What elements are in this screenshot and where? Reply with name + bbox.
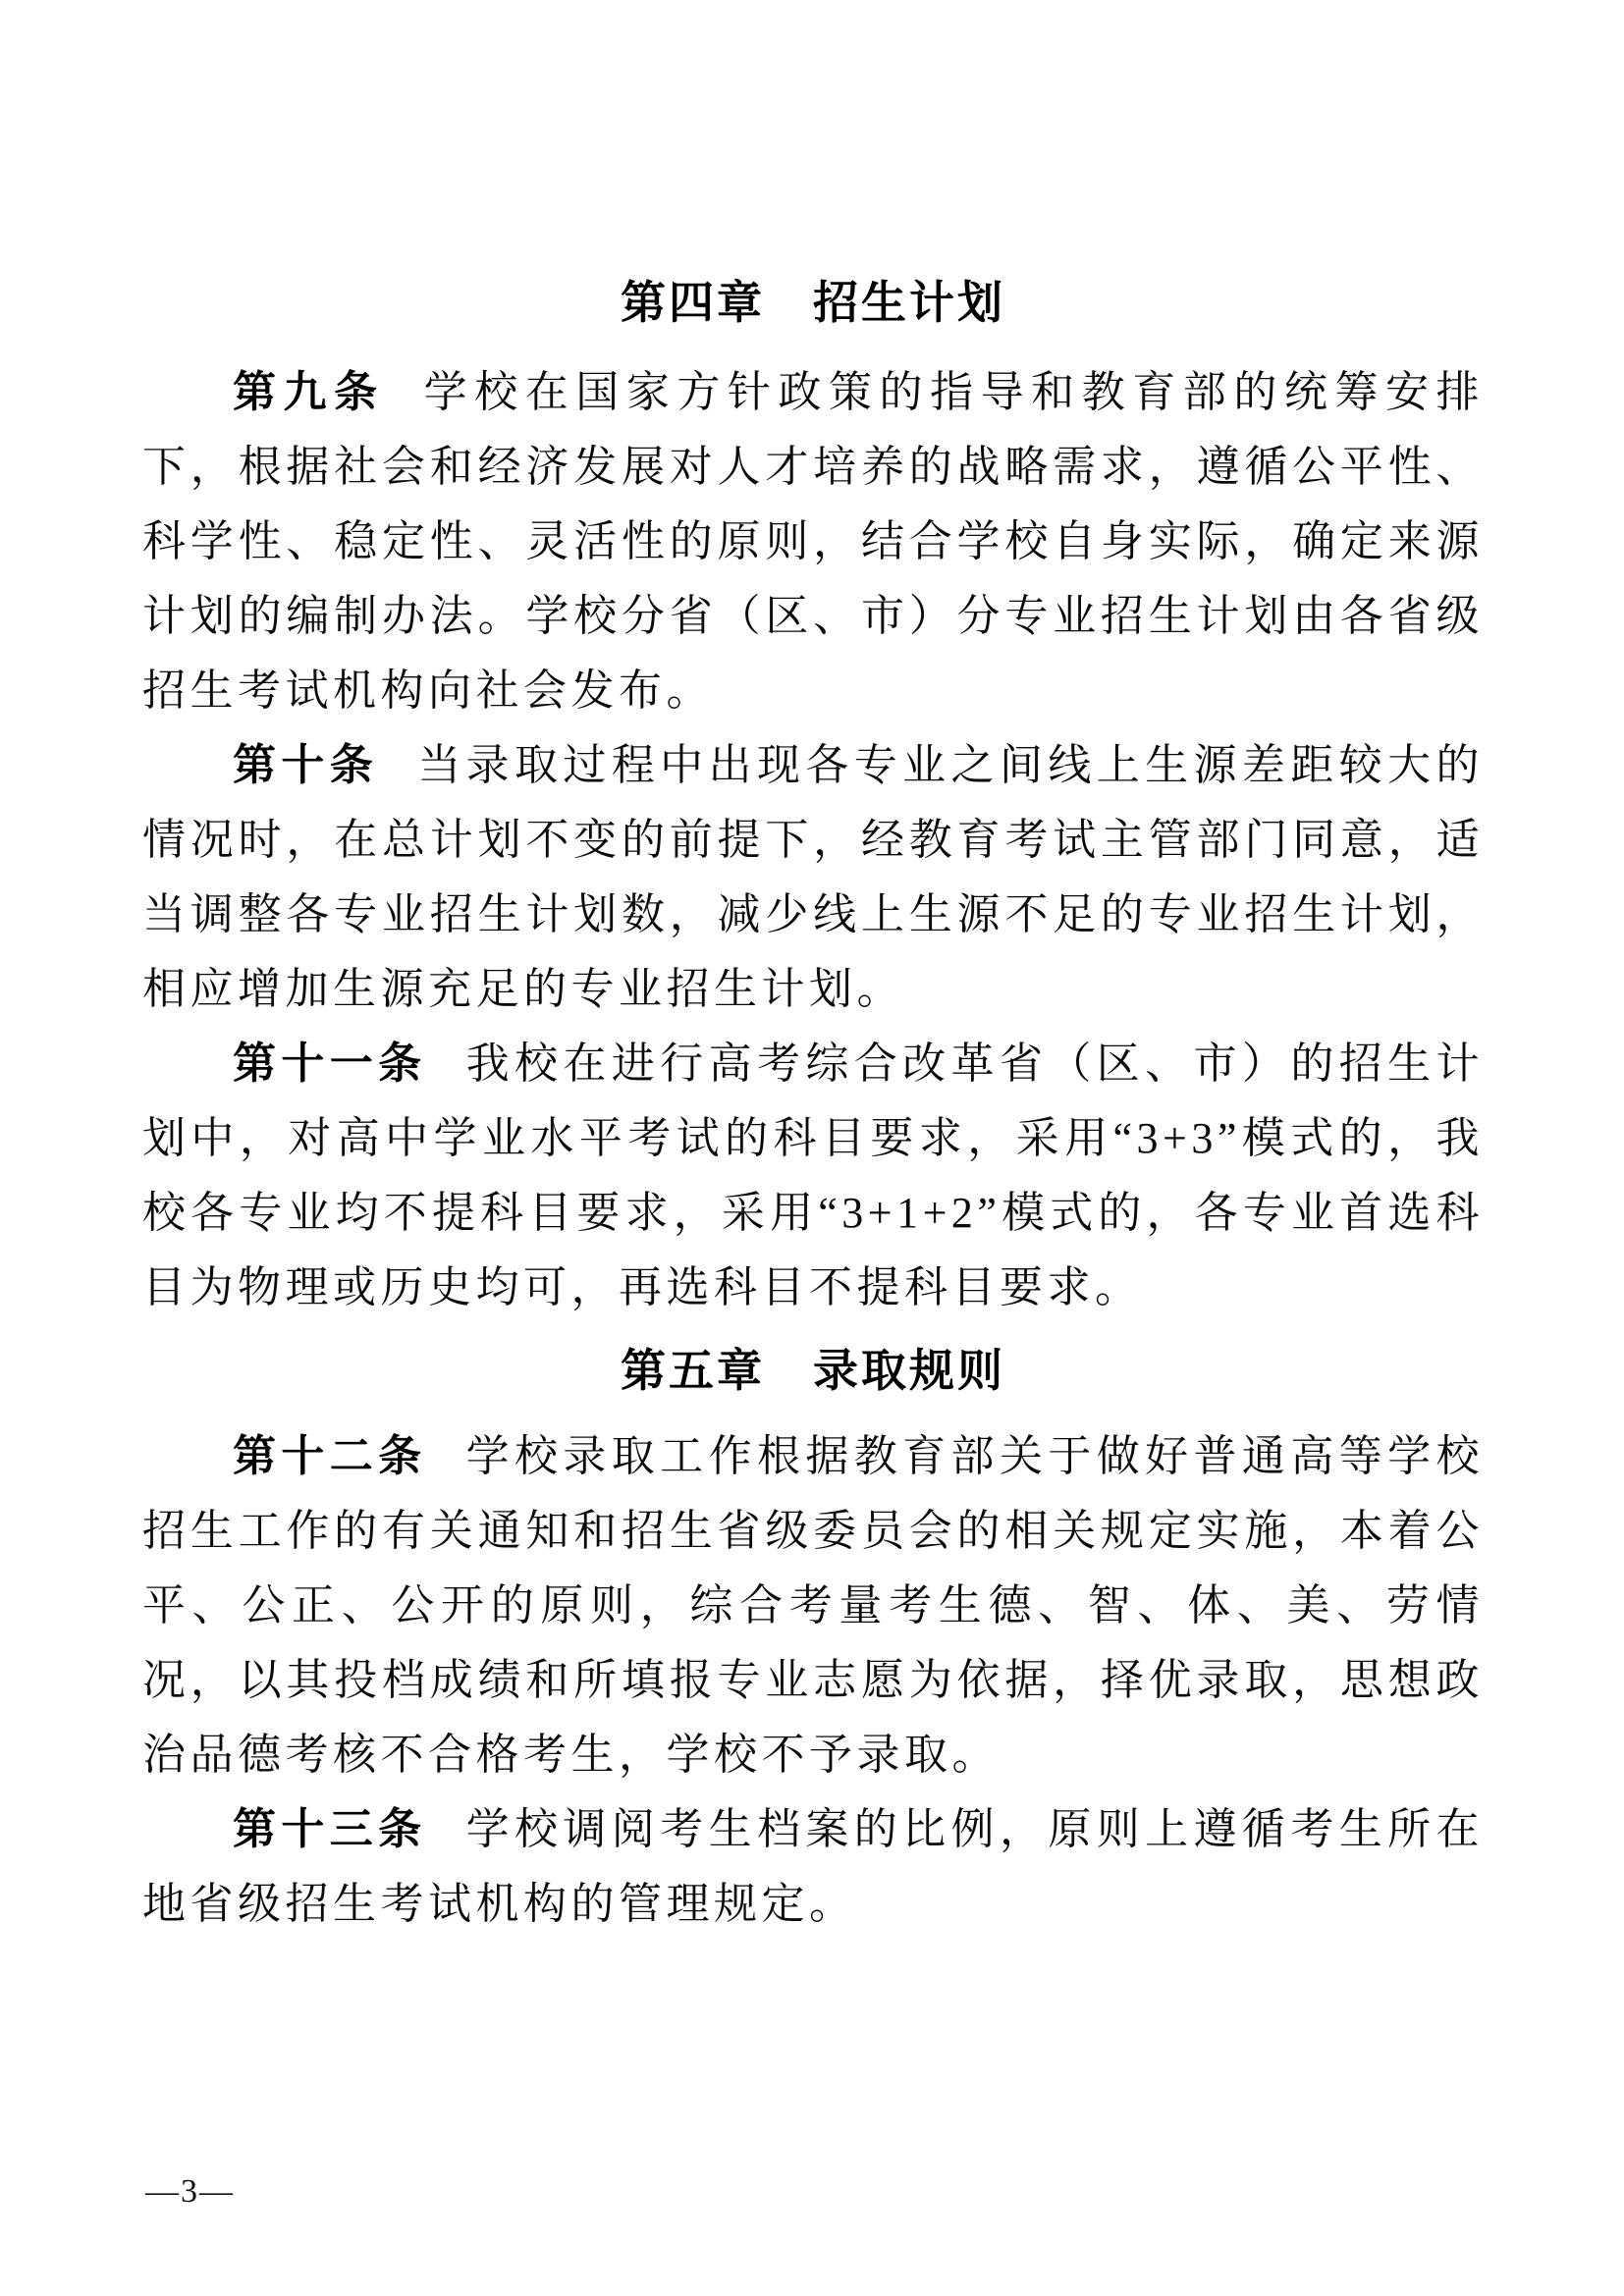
article-12-label: 第十二条 [233,1432,427,1480]
document-page: 第四章 招生计划 第九条学校在国家方针政策的指导和教育部的统筹安排下，根据社会和… [0,0,1624,2296]
article-13-paragraph: 第十三条学校调阅考生档案的比例，原则上遵循考生所在地省级招生考试机构的管理规定。 [142,1792,1484,1942]
article-10-label: 第十条 [233,741,378,789]
chapter-5-heading: 第五章 录取规则 [142,1331,1484,1410]
article-13-label: 第十三条 [233,1805,427,1853]
article-11-paragraph: 第十一条我校在进行高考综合改革省（区、市）的招生计划中，对高中学业水平考试的科目… [142,1027,1484,1325]
article-12-paragraph: 第十二条学校录取工作根据教育部关于做好普通高等学校招生工作的有关通知和招生省级委… [142,1419,1484,1792]
article-11-label: 第十一条 [233,1040,427,1088]
document-content: 第四章 招生计划 第九条学校在国家方针政策的指导和教育部的统筹安排下，根据社会和… [142,263,1484,1942]
article-9-paragraph: 第九条学校在国家方针政策的指导和教育部的统筹安排下，根据社会和经济发展对人才培养… [142,355,1484,728]
article-10-paragraph: 第十条当录取过程中出现各专业之间线上生源差距较大的情况时，在总计划不变的前提下，… [142,728,1484,1027]
page-number: —3— [145,2171,235,2213]
article-12-text: 学校录取工作根据教育部关于做好普通高等学校招生工作的有关通知和招生省级委员会的相… [142,1432,1484,1779]
article-9-text: 学校在国家方针政策的指导和教育部的统筹安排下，根据社会和经济发展对人才培养的战略… [142,368,1484,715]
article-9-label: 第九条 [233,368,385,416]
chapter-4-heading: 第四章 招生计划 [142,263,1484,342]
